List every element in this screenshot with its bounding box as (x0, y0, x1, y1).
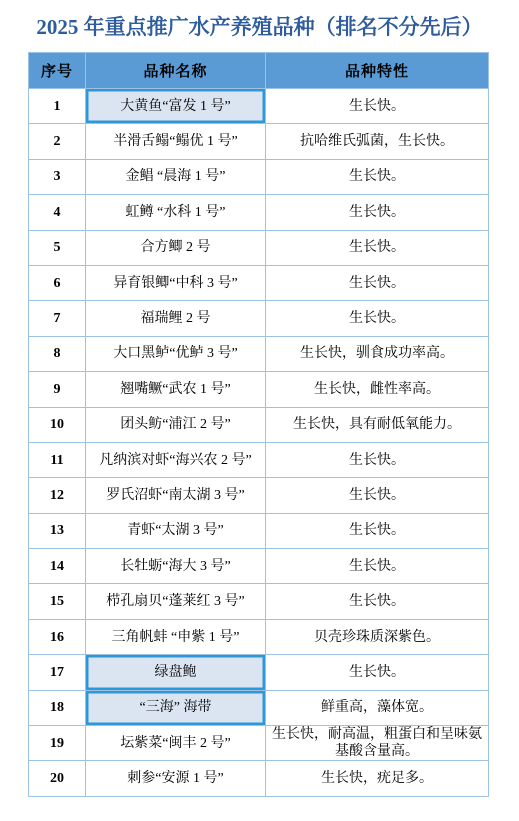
variety-trait-cell: 生长快。 (266, 301, 489, 336)
row-index-cell: 10 (29, 407, 86, 442)
table-row: 17绿盘鲍生长快。 (29, 655, 489, 690)
table-row: 11凡纳滨对虾“海兴农 2 号”生长快。 (29, 442, 489, 477)
variety-name-cell: 合方鲫 2 号 (86, 230, 266, 265)
row-index-cell: 4 (29, 195, 86, 230)
row-index-cell: 20 (29, 761, 86, 796)
row-index-cell: 12 (29, 478, 86, 513)
row-index-cell: 17 (29, 655, 86, 690)
variety-name-cell: 虹鳟 “水科 1 号” (86, 195, 266, 230)
variety-name-cell: 团头鲂“浦江 2 号” (86, 407, 266, 442)
variety-name-cell: 异育银鲫“中科 3 号” (86, 265, 266, 300)
variety-trait-cell: 生长快。 (266, 513, 489, 548)
row-index-cell: 7 (29, 301, 86, 336)
table-row: 13青虾“太湖 3 号”生长快。 (29, 513, 489, 548)
row-index-cell: 11 (29, 442, 86, 477)
table-row: 12罗氏沼虾“南太湖 3 号”生长快。 (29, 478, 489, 513)
row-index-cell: 16 (29, 619, 86, 654)
table-header: 序号 品种名称 品种特性 (29, 53, 489, 89)
row-index-cell: 5 (29, 230, 86, 265)
variety-trait-cell: 生长快，驯食成功率高。 (266, 336, 489, 371)
variety-name-cell: 翘嘴鳜“武农 1 号” (86, 372, 266, 407)
variety-name-cell: 半滑舌鳎“鳎优 1 号” (86, 124, 266, 159)
table-row: 15栉孔扇贝“蓬莱红 3 号”生长快。 (29, 584, 489, 619)
variety-name-cell: 三角帆蚌 “申紫 1 号” (86, 619, 266, 654)
variety-trait-cell: 生长快，雌性率高。 (266, 372, 489, 407)
variety-trait-cell: 生长快。 (266, 442, 489, 477)
table-row: 16三角帆蚌 “申紫 1 号”贝壳珍珠质深紫色。 (29, 619, 489, 654)
variety-trait-cell: 生长快，耐高温，粗蛋白和呈味氨基酸含量高。 (266, 726, 489, 761)
row-index-cell: 19 (29, 726, 86, 761)
row-index-cell: 14 (29, 549, 86, 584)
table-row: 1大黄鱼“富发 1 号”生长快。 (29, 89, 489, 124)
variety-name-cell: 青虾“太湖 3 号” (86, 513, 266, 548)
variety-name-cell: 罗氏沼虾“南太湖 3 号” (86, 478, 266, 513)
variety-name-cell: 大口黑鲈“优鲈 3 号” (86, 336, 266, 371)
table-row: 20刺参“安源 1 号”生长快，疣足多。 (29, 761, 489, 796)
table-row: 18“三海” 海带鲜重高，藻体宽。 (29, 690, 489, 725)
variety-name-cell: 福瑞鲤 2 号 (86, 301, 266, 336)
variety-trait-cell: 生长快。 (266, 159, 489, 194)
col-header-index: 序号 (29, 53, 86, 89)
table-row: 5合方鲫 2 号生长快。 (29, 230, 489, 265)
variety-trait-cell: 贝壳珍珠质深紫色。 (266, 619, 489, 654)
table-row: 19坛紫菜“闽丰 2 号”生长快，耐高温，粗蛋白和呈味氨基酸含量高。 (29, 726, 489, 761)
table-row: 4虹鳟 “水科 1 号”生长快。 (29, 195, 489, 230)
variety-name-cell: 凡纳滨对虾“海兴农 2 号” (86, 442, 266, 477)
row-index-cell: 2 (29, 124, 86, 159)
variety-name-cell-highlighted: 绿盘鲍 (86, 655, 266, 690)
variety-trait-cell: 抗哈维氏弧菌，生长快。 (266, 124, 489, 159)
variety-trait-cell: 生长快。 (266, 195, 489, 230)
varieties-table: 序号 品种名称 品种特性 1大黄鱼“富发 1 号”生长快。2半滑舌鳎“鳎优 1 … (28, 52, 489, 797)
variety-trait-cell: 生长快。 (266, 584, 489, 619)
variety-name-cell: 刺参“安源 1 号” (86, 761, 266, 796)
variety-name-cell-highlighted: “三海” 海带 (86, 690, 266, 725)
row-index-cell: 15 (29, 584, 86, 619)
variety-name-cell-highlighted: 大黄鱼“富发 1 号” (86, 89, 266, 124)
table-body: 1大黄鱼“富发 1 号”生长快。2半滑舌鳎“鳎优 1 号”抗哈维氏弧菌，生长快。… (29, 89, 489, 797)
table-header-row: 序号 品种名称 品种特性 (29, 53, 489, 89)
variety-trait-cell: 生长快，疣足多。 (266, 761, 489, 796)
col-header-variety-name: 品种名称 (86, 53, 266, 89)
row-index-cell: 6 (29, 265, 86, 300)
table-row: 10团头鲂“浦江 2 号”生长快，具有耐低氧能力。 (29, 407, 489, 442)
table-row: 2半滑舌鳎“鳎优 1 号”抗哈维氏弧菌，生长快。 (29, 124, 489, 159)
table-row: 14长牡蛎“海大 3 号”生长快。 (29, 549, 489, 584)
table-row: 3金鲳 “晨海 1 号”生长快。 (29, 159, 489, 194)
row-index-cell: 9 (29, 372, 86, 407)
document-page: 2025 年重点推广水产养殖品种（排名不分先后） 序号 品种名称 品种特性 1大… (0, 0, 519, 821)
variety-trait-cell: 生长快。 (266, 655, 489, 690)
variety-trait-cell: 生长快，具有耐低氧能力。 (266, 407, 489, 442)
row-index-cell: 1 (29, 89, 86, 124)
variety-trait-cell: 生长快。 (266, 89, 489, 124)
variety-trait-cell: 生长快。 (266, 549, 489, 584)
row-index-cell: 8 (29, 336, 86, 371)
table-row: 9翘嘴鳜“武农 1 号”生长快，雌性率高。 (29, 372, 489, 407)
page-title: 2025 年重点推广水产养殖品种（排名不分先后） (8, 12, 511, 42)
variety-name-cell: 长牡蛎“海大 3 号” (86, 549, 266, 584)
table-row: 7福瑞鲤 2 号生长快。 (29, 301, 489, 336)
variety-trait-cell: 生长快。 (266, 230, 489, 265)
variety-name-cell: 坛紫菜“闽丰 2 号” (86, 726, 266, 761)
row-index-cell: 13 (29, 513, 86, 548)
variety-trait-cell: 鲜重高，藻体宽。 (266, 690, 489, 725)
variety-name-cell: 金鲳 “晨海 1 号” (86, 159, 266, 194)
row-index-cell: 3 (29, 159, 86, 194)
row-index-cell: 18 (29, 690, 86, 725)
variety-name-cell: 栉孔扇贝“蓬莱红 3 号” (86, 584, 266, 619)
col-header-variety-trait: 品种特性 (266, 53, 489, 89)
table-row: 6异育银鲫“中科 3 号”生长快。 (29, 265, 489, 300)
table-row: 8大口黑鲈“优鲈 3 号”生长快，驯食成功率高。 (29, 336, 489, 371)
variety-trait-cell: 生长快。 (266, 478, 489, 513)
variety-trait-cell: 生长快。 (266, 265, 489, 300)
